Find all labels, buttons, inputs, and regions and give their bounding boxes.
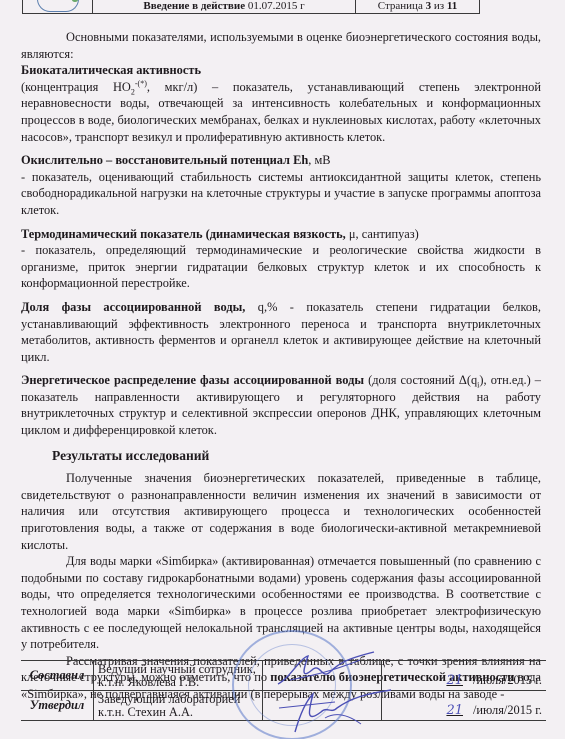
indicator-description: (концентрация HO2-(*), мкг/л) – показате… [21, 79, 541, 145]
indicator-thermodynamic: Термодинамический показатель (динамическ… [21, 226, 541, 292]
indicator-associated-water-fraction: Доля фазы ассоциированной воды, q,% - по… [21, 299, 541, 365]
intro-paragraph: Основными показателями, используемыми в … [21, 29, 541, 62]
signatory-name: к.т.н. Стехин А.А. [98, 706, 258, 719]
section-heading-results: Результаты исследований [52, 448, 541, 465]
indicator-redox-potential: Окислительно – восстановительный потенци… [21, 152, 541, 218]
date-rest: /июля/2015 г. [473, 703, 542, 717]
page-current: 3 [426, 0, 432, 12]
indicator-description: Энергетическое распределение фазы ассоци… [21, 372, 541, 438]
results-paragraph-1: Полученные значения биоэнергетических по… [21, 470, 541, 553]
handwritten-day: 21 [442, 673, 473, 688]
indicator-title: Биокаталитическая активность [21, 62, 541, 79]
indicator-description: - показатель, определяющий термодинамиче… [21, 242, 541, 292]
page-separator: из [434, 0, 444, 12]
header-effective-date: Введение в действие 01.07.2015 г [93, 0, 356, 13]
indicator-title: Термодинамический показатель (динамическ… [21, 226, 541, 243]
indicator-energy-distribution: Энергетическое распределение фазы ассоци… [21, 372, 541, 438]
sign-date: 21/июля/2015 г. [382, 691, 547, 721]
signature-cell [263, 691, 382, 721]
signature-row-approved: Утвердил Заведующий лабораторией к.т.н. … [21, 691, 546, 721]
role-label: Составил [21, 661, 94, 691]
date-rest: /июля/2015 г. [473, 673, 542, 687]
signatory: Ведущий научный сотрудник, к.т.н. Яковле… [94, 661, 263, 691]
indicator-description: Доля фазы ассоциированной воды, q,% - по… [21, 299, 541, 365]
signature-cell [263, 661, 382, 691]
indicator-biocatalytic: Биокаталитическая активность (концентрац… [21, 62, 541, 145]
role-label: Утвердил [21, 691, 94, 721]
signatory-name: к.т.н. Яковлева Г.В. [98, 676, 258, 689]
document-header: Введение в действие 01.07.2015 г Страниц… [22, 0, 480, 14]
indicator-title: Окислительно – восстановительный потенци… [21, 152, 541, 169]
signature-table: Составил Ведущий научный сотрудник, к.т.… [21, 660, 546, 721]
signatory-position: Ведущий научный сотрудник, [98, 663, 258, 676]
signature-row-compiled: Составил Ведущий научный сотрудник, к.т.… [21, 661, 546, 691]
page-label: Страница [378, 0, 423, 12]
indicator-description: - показатель, оценивающий стабильность с… [21, 169, 541, 219]
effective-date-label: Введение в действие [143, 0, 245, 12]
institution-logo-icon [37, 0, 79, 12]
header-logo-cell [23, 0, 93, 13]
signatory-position: Заведующий лабораторией [98, 693, 258, 706]
handwritten-day: 21 [442, 703, 473, 718]
page-total: 11 [447, 0, 457, 12]
effective-date-value: 01.07.2015 г [248, 0, 305, 12]
signatory: Заведующий лабораторией к.т.н. Стехин А.… [94, 691, 263, 721]
header-page-number: Страница 3 из 11 [356, 0, 479, 13]
sign-date: 21/июля/2015 г. [382, 661, 547, 691]
document-body: Основными показателями, используемыми в … [21, 29, 541, 703]
results-paragraph-2: Для воды марки «Simбирка» (активированна… [21, 553, 541, 653]
